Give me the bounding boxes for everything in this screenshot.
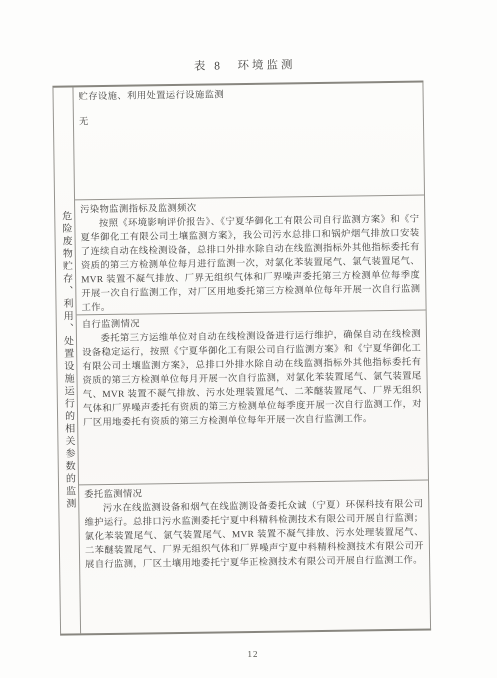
table-row-commissioned-monitoring: 委托监测情况 污水在线监测设备和烟气在线监测设备委托众诚（宁夏）环保科技有限公司…: [79, 481, 430, 634]
row-paragraph: 按照《环境影响评价报告》、《宁夏华御化工有限公司自行监测方案》和《宁夏华御化工有…: [80, 213, 420, 316]
environment-monitoring-table: 危险废物贮存、利用、处置设施运行的相关参数的监测 贮存设施、利用处置运行设施监测…: [52, 81, 431, 636]
table-row-storage-facility-monitoring: 贮存设施、利用处置运行设施监测 无: [73, 83, 424, 201]
page-number: 12: [4, 646, 497, 663]
row-header: 贮存设施、利用处置运行设施监测: [79, 86, 418, 105]
document-page: 表 8 环境监测 危险废物贮存、利用、处置设施运行的相关参数的监测 贮存设施、利…: [0, 0, 497, 678]
row-value-none: 无: [79, 111, 418, 130]
table-row-self-monitoring: 自行监测情况 委托第三方运维单位对自动在线检测设备进行运行维护，确保自动在线检测…: [77, 311, 428, 486]
row-paragraph: 委托第三方运维单位对自动在线检测设备进行运行维护，确保自动在线检测设备稳定运行，…: [82, 328, 422, 431]
row-paragraph: 污水在线监测设备和烟气在线监测设备委托众诚（宁夏）环保科技有限公司维护运行。总排…: [84, 498, 424, 573]
table-caption: 表 8 环境监测: [0, 54, 493, 77]
table-content-column: 贮存设施、利用处置运行设施监测 无 污染物监测指标及监测频次 按照《环境影响评价…: [73, 83, 430, 634]
scanned-content: 表 8 环境监测 危险废物贮存、利用、处置设施运行的相关参数的监测 贮存设施、利…: [0, 0, 497, 678]
table-row-pollutant-indicators: 污染物监测指标及监测频次 按照《环境影响评价报告》、《宁夏华御化工有限公司自行监…: [75, 196, 426, 316]
